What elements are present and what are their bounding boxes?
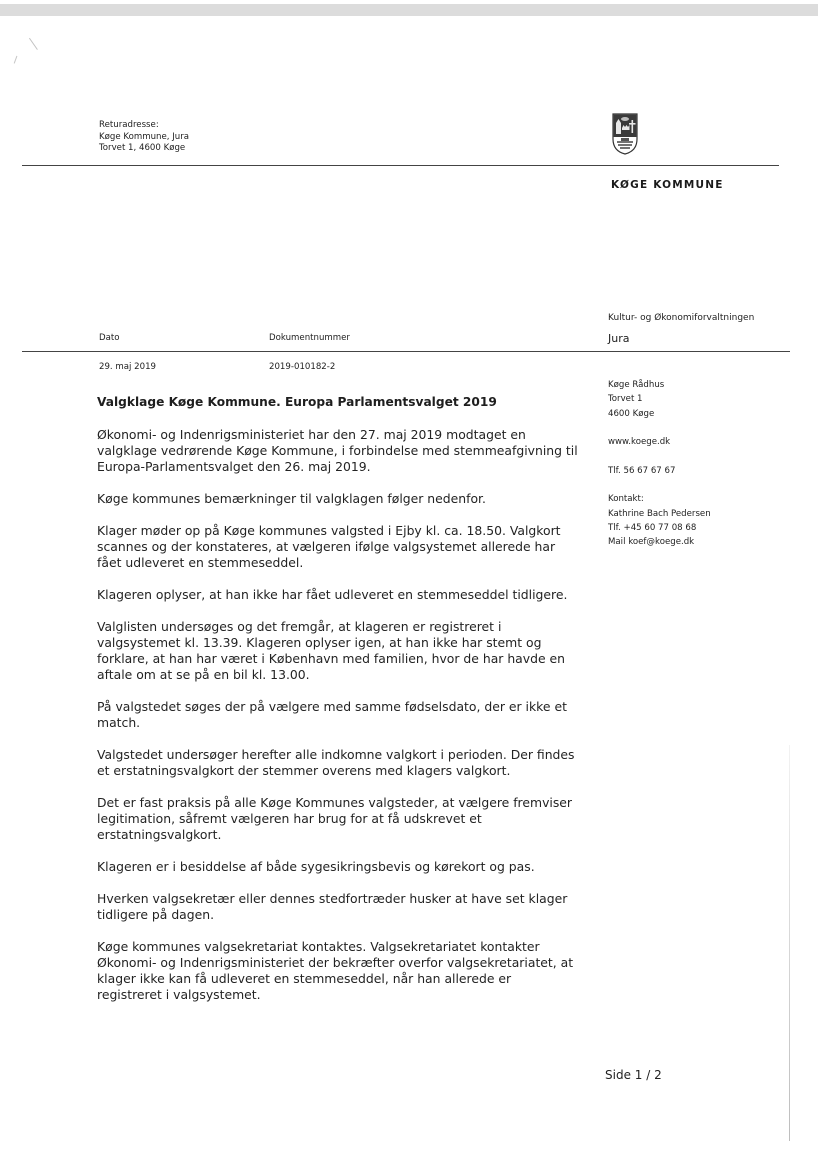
scan-edge-line	[789, 745, 790, 1141]
coat-of-arms-icon	[612, 113, 638, 155]
date-label: Dato	[99, 333, 120, 343]
address-line: 4600 Køge	[608, 407, 711, 421]
return-address-line: Køge Kommune, Jura	[99, 132, 189, 144]
unit: Jura	[608, 332, 629, 345]
return-address-line: Torvet 1, 4600 Køge	[99, 143, 189, 155]
paragraph: Hverken valgsekretær eller dennes stedfo…	[97, 891, 607, 923]
address-line: Torvet 1	[608, 392, 711, 406]
letter-subject: Valgklage Køge Kommune. Europa Parlament…	[97, 395, 497, 409]
contact-mail[interactable]: Mail koef@koege.dk	[608, 535, 711, 549]
website-link[interactable]: www.koege.dk	[608, 435, 711, 449]
paragraph: På valgstedet søges der på vælgere med s…	[97, 699, 607, 731]
paragraph: Valglisten undersøges og det fremgår, at…	[97, 619, 607, 683]
paragraph: Køge kommunes valgsekretariat kontaktes.…	[97, 939, 607, 1003]
letter-body: Økonomi- og Indenrigsministeriet har den…	[97, 427, 607, 1019]
paragraph: Køge kommunes bemærkninger til valgklage…	[97, 491, 607, 507]
address-line: Køge Rådhus	[608, 378, 711, 392]
document-number-label: Dokumentnummer	[269, 333, 350, 343]
page-number: Side 1 / 2	[605, 1068, 662, 1082]
phone: Tlf. 56 67 67 67	[608, 464, 711, 478]
return-address: Returadresse: Køge Kommune, Jura Torvet …	[99, 120, 189, 155]
paragraph: Klageren er i besiddelse af både sygesik…	[97, 859, 607, 875]
paragraph: Valgstedet undersøger herefter alle indk…	[97, 747, 607, 779]
paragraph: Økonomi- og Indenrigsministeriet har den…	[97, 427, 607, 475]
return-address-label: Returadresse:	[99, 120, 189, 132]
contact-sidebar: Køge Rådhus Torvet 1 4600 Køge www.koege…	[608, 378, 711, 550]
contact-phone: Tlf. +45 60 77 08 68	[608, 521, 711, 535]
document-number-value: 2019-010182-2	[269, 362, 335, 372]
contact-label: Kontakt:	[608, 492, 711, 506]
scan-speck	[29, 32, 46, 50]
meta-divider	[22, 351, 790, 352]
paragraph: Det er fast praksis på alle Køge Kommune…	[97, 795, 607, 843]
paragraph: Klager møder op på Køge kommunes valgste…	[97, 523, 607, 571]
scan-top-edge	[0, 4, 818, 16]
contact-name: Kathrine Bach Pedersen	[608, 507, 711, 521]
header-divider	[22, 165, 779, 166]
brand-name: KØGE KOMMUNE	[611, 179, 724, 191]
department: Kultur- og Økonomiforvaltningen	[608, 313, 754, 323]
scan-speck	[14, 56, 20, 65]
date-value: 29. maj 2019	[99, 362, 156, 372]
paragraph: Klageren oplyser, at han ikke har fået u…	[97, 587, 607, 603]
